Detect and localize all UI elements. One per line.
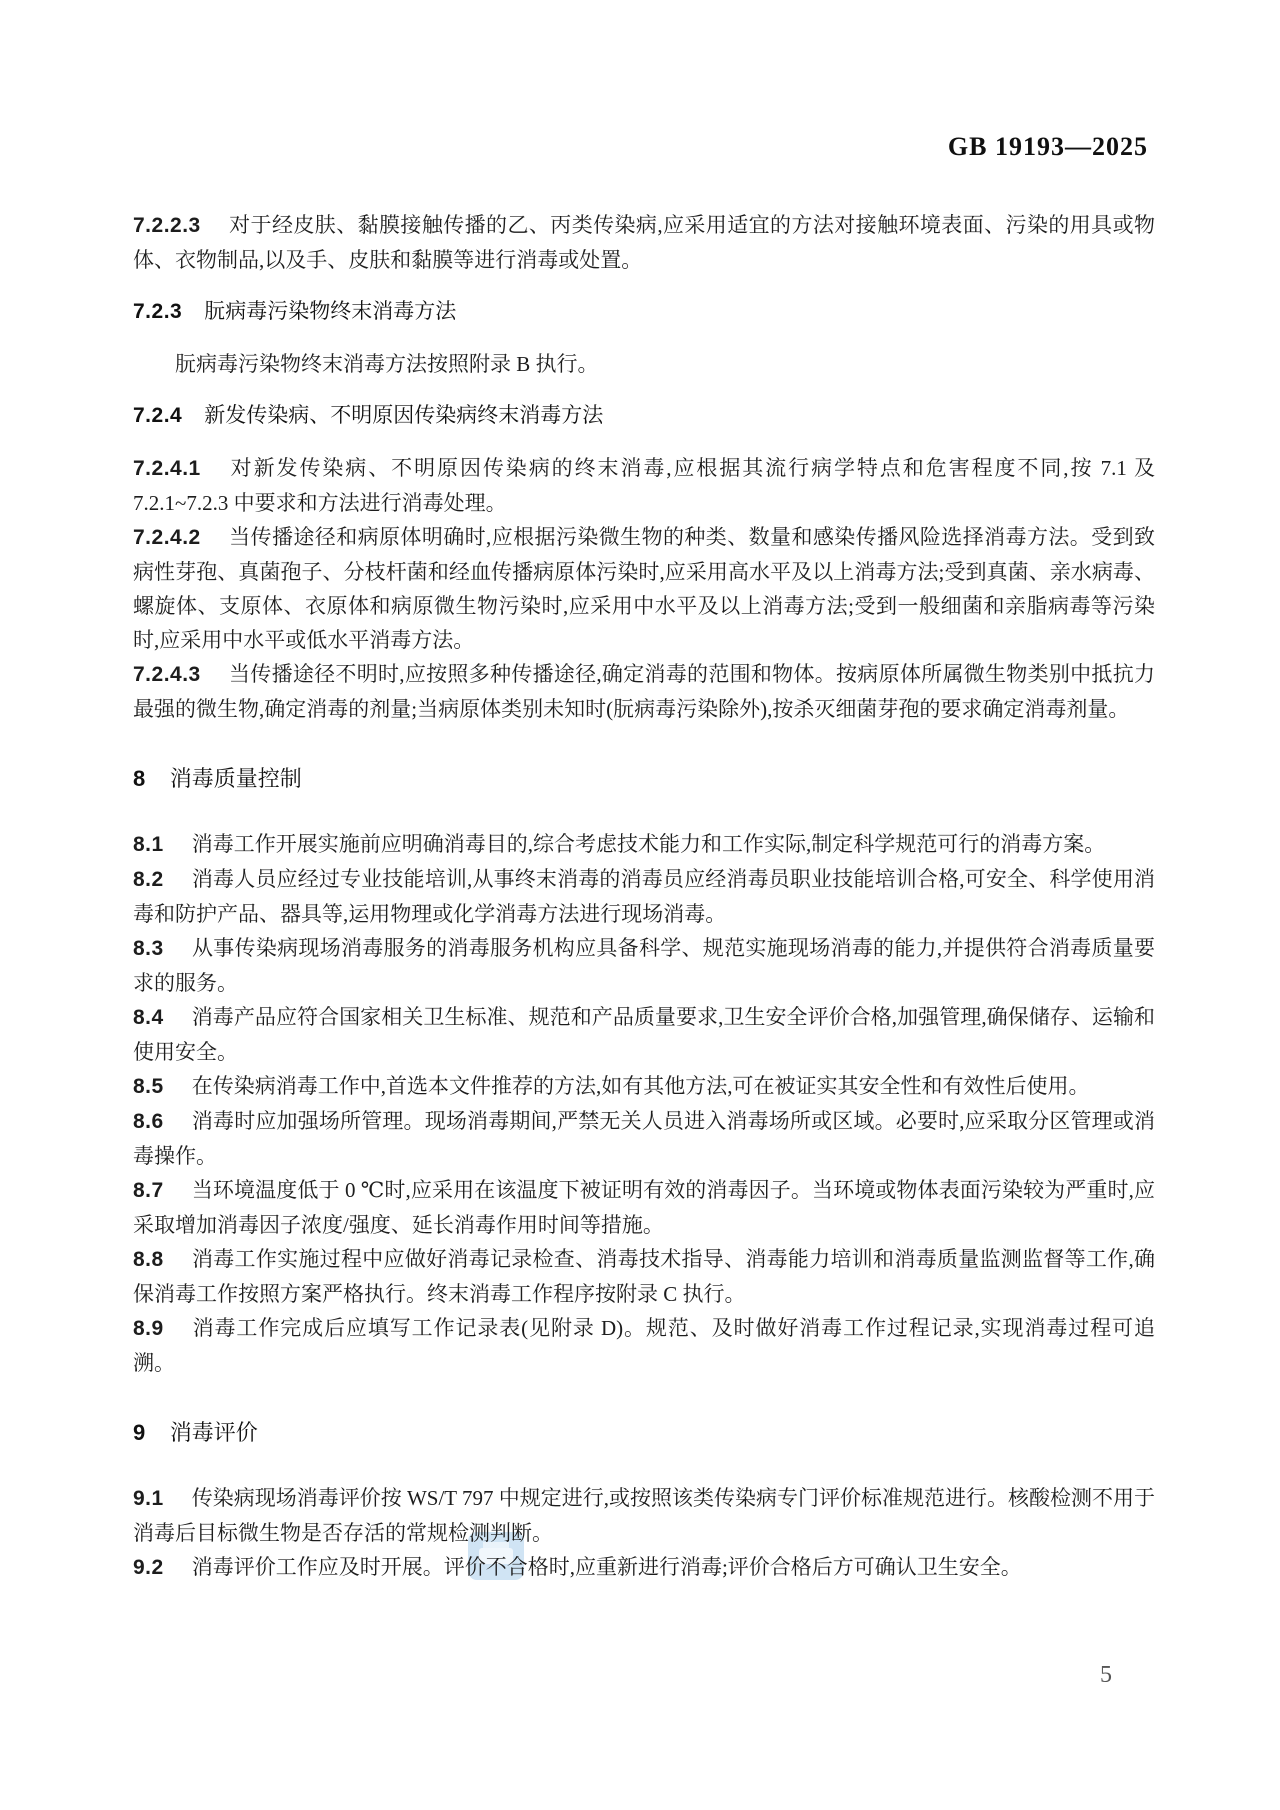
clause-9.2: 9.2消毒评价工作应及时开展。评价不合格时,应重新进行消毒;评价合格后方可确认卫… [133,1550,1155,1585]
clause-number: 8.6 [133,1110,164,1133]
clause-number: 8.5 [133,1075,164,1098]
clause-8.4: 8.4消毒产品应符合国家相关卫生标准、规范和产品质量要求,卫生安全评价合格,加强… [133,1000,1155,1069]
clause-8.3: 8.3从事传染病现场消毒服务的消毒服务机构应具备科学、规范实施现场消毒的能力,并… [133,931,1155,1000]
heading-7.2.3: 7.2.3朊病毒污染物终末消毒方法 [133,295,1155,329]
heading-8: 8消毒质量控制 [133,762,1155,796]
heading-number: 7.2.3 [133,300,182,323]
clause-text: 从事传染病现场消毒服务的消毒服务机构应具备科学、规范实施现场消毒的能力,并提供符… [133,936,1155,995]
clause-8.8: 8.8消毒工作实施过程中应做好消毒记录检查、消毒技术指导、消毒能力培训和消毒质量… [133,1242,1155,1311]
heading-7.2.4: 7.2.4新发传染病、不明原因传染病终末消毒方法 [133,399,1155,433]
document-page: GB 19193—2025 7.2.2.3对于经皮肤、黏膜接触传播的乙、丙类传染… [0,0,1280,1810]
clause-text: 当环境温度低于 0 ℃时,应采用在该温度下被证明有效的消毒因子。当环境或物体表面… [133,1178,1155,1237]
page-number: 5 [1100,1662,1112,1689]
clause-number: 7.2.2.3 [133,214,201,237]
section-title: 消毒评价 [170,1420,258,1445]
clause-text: 当传播途径不明时,应按照多种传播途径,确定消毒的范围和物体。按病原体所属微生物类… [133,662,1155,721]
clause-9.1: 9.1传染病现场消毒评价按 WS/T 797 中规定进行,或按照该类传染病专门评… [133,1481,1155,1550]
heading-text: 朊病毒污染物终末消毒方法 [204,300,456,323]
clause-text: 消毒时应加强场所管理。现场消毒期间,严禁无关人员进入消毒场所或区域。必要时,应采… [133,1109,1155,1168]
document-body: 7.2.2.3对于经皮肤、黏膜接触传播的乙、丙类传染病,应采用适宜的方法对接触环… [133,208,1155,1585]
clause-8.5: 8.5在传染病消毒工作中,首选本文件推荐的方法,如有其他方法,可在被证实其安全性… [133,1069,1155,1104]
clause-text: 对新发传染病、不明原因传染病的终末消毒,应根据其流行病学特点和危害程度不同,按 … [133,456,1155,515]
clause-number: 7.2.4.3 [133,663,201,686]
clause-number: 8.1 [133,833,164,856]
clause-7.2.4.2: 7.2.4.2当传播途径和病原体明确时,应根据污染微生物的种类、数量和感染传播风… [133,520,1155,657]
clause-8.6: 8.6消毒时应加强场所管理。现场消毒期间,严禁无关人员进入消毒场所或区域。必要时… [133,1104,1155,1173]
clause-text: 消毒工作实施过程中应做好消毒记录检查、消毒技术指导、消毒能力培训和消毒质量监测监… [133,1247,1155,1306]
clause-text: 对于经皮肤、黏膜接触传播的乙、丙类传染病,应采用适宜的方法对接触环境表面、污染的… [133,213,1155,272]
section-title: 消毒质量控制 [170,766,302,791]
clause-text: 当传播途径和病原体明确时,应根据污染微生物的种类、数量和感染传播风险选择消毒方法… [133,525,1155,652]
heading-text: 新发传染病、不明原因传染病终末消毒方法 [204,404,603,427]
clause-8.7: 8.7当环境温度低于 0 ℃时,应采用在该温度下被证明有效的消毒因子。当环境或物… [133,1173,1155,1242]
clause-number: 8.9 [133,1317,164,1340]
clause-text: 消毒产品应符合国家相关卫生标准、规范和产品质量要求,卫生安全评价合格,加强管理,… [133,1005,1155,1064]
clause-number: 8.8 [133,1248,164,1271]
clause-7.2.4.3: 7.2.4.3当传播途径不明时,应按照多种传播途径,确定消毒的范围和物体。按病原… [133,657,1155,726]
heading-9: 9消毒评价 [133,1416,1155,1450]
clause-8.1: 8.1消毒工作开展实施前应明确消毒目的,综合考虑技术能力和工作实际,制定科学规范… [133,827,1155,862]
clause-8.9: 8.9消毒工作完成后应填写工作记录表(见附录 D)。规范、及时做好消毒工作过程记… [133,1311,1155,1380]
clause-number: 9.2 [133,1556,164,1579]
clause-number: 8.2 [133,868,164,891]
clause-text: 在传染病消毒工作中,首选本文件推荐的方法,如有其他方法,可在被证实其安全性和有效… [192,1074,1090,1098]
clause-text: 消毒评价工作应及时开展。评价不合格时,应重新进行消毒;评价合格后方可确认卫生安全… [192,1555,1022,1579]
section-number: 8 [133,766,146,791]
clause-7.2.4.1: 7.2.4.1对新发传染病、不明原因传染病的终末消毒,应根据其流行病学特点和危害… [133,451,1155,520]
clause-number: 8.7 [133,1179,164,1202]
clause-number: 8.3 [133,937,164,960]
clause-text: 传染病现场消毒评价按 WS/T 797 中规定进行,或按照该类传染病专门评价标准… [133,1486,1155,1545]
clause-8.2: 8.2消毒人员应经过专业技能培训,从事终末消毒的消毒员应经消毒员职业技能培训合格… [133,862,1155,931]
clause-text: 消毒人员应经过专业技能培训,从事终末消毒的消毒员应经消毒员职业技能培训合格,可安… [133,867,1155,926]
clause-number: 8.4 [133,1006,164,1029]
paragraph-prion-method: 朊病毒污染物终末消毒方法按照附录 B 执行。 [133,347,1155,381]
clause-number: 9.1 [133,1487,164,1510]
clause-text: 消毒工作开展实施前应明确消毒目的,综合考虑技术能力和工作实际,制定科学规范可行的… [192,832,1106,856]
section-number: 9 [133,1420,146,1445]
clause-7.2.2.3: 7.2.2.3对于经皮肤、黏膜接触传播的乙、丙类传染病,应采用适宜的方法对接触环… [133,208,1155,277]
clause-number: 7.2.4.1 [133,457,201,480]
clause-number: 7.2.4.2 [133,526,201,549]
clause-text: 消毒工作完成后应填写工作记录表(见附录 D)。规范、及时做好消毒工作过程记录,实… [133,1316,1155,1375]
standard-number: GB 19193—2025 [948,132,1148,162]
heading-number: 7.2.4 [133,404,182,427]
